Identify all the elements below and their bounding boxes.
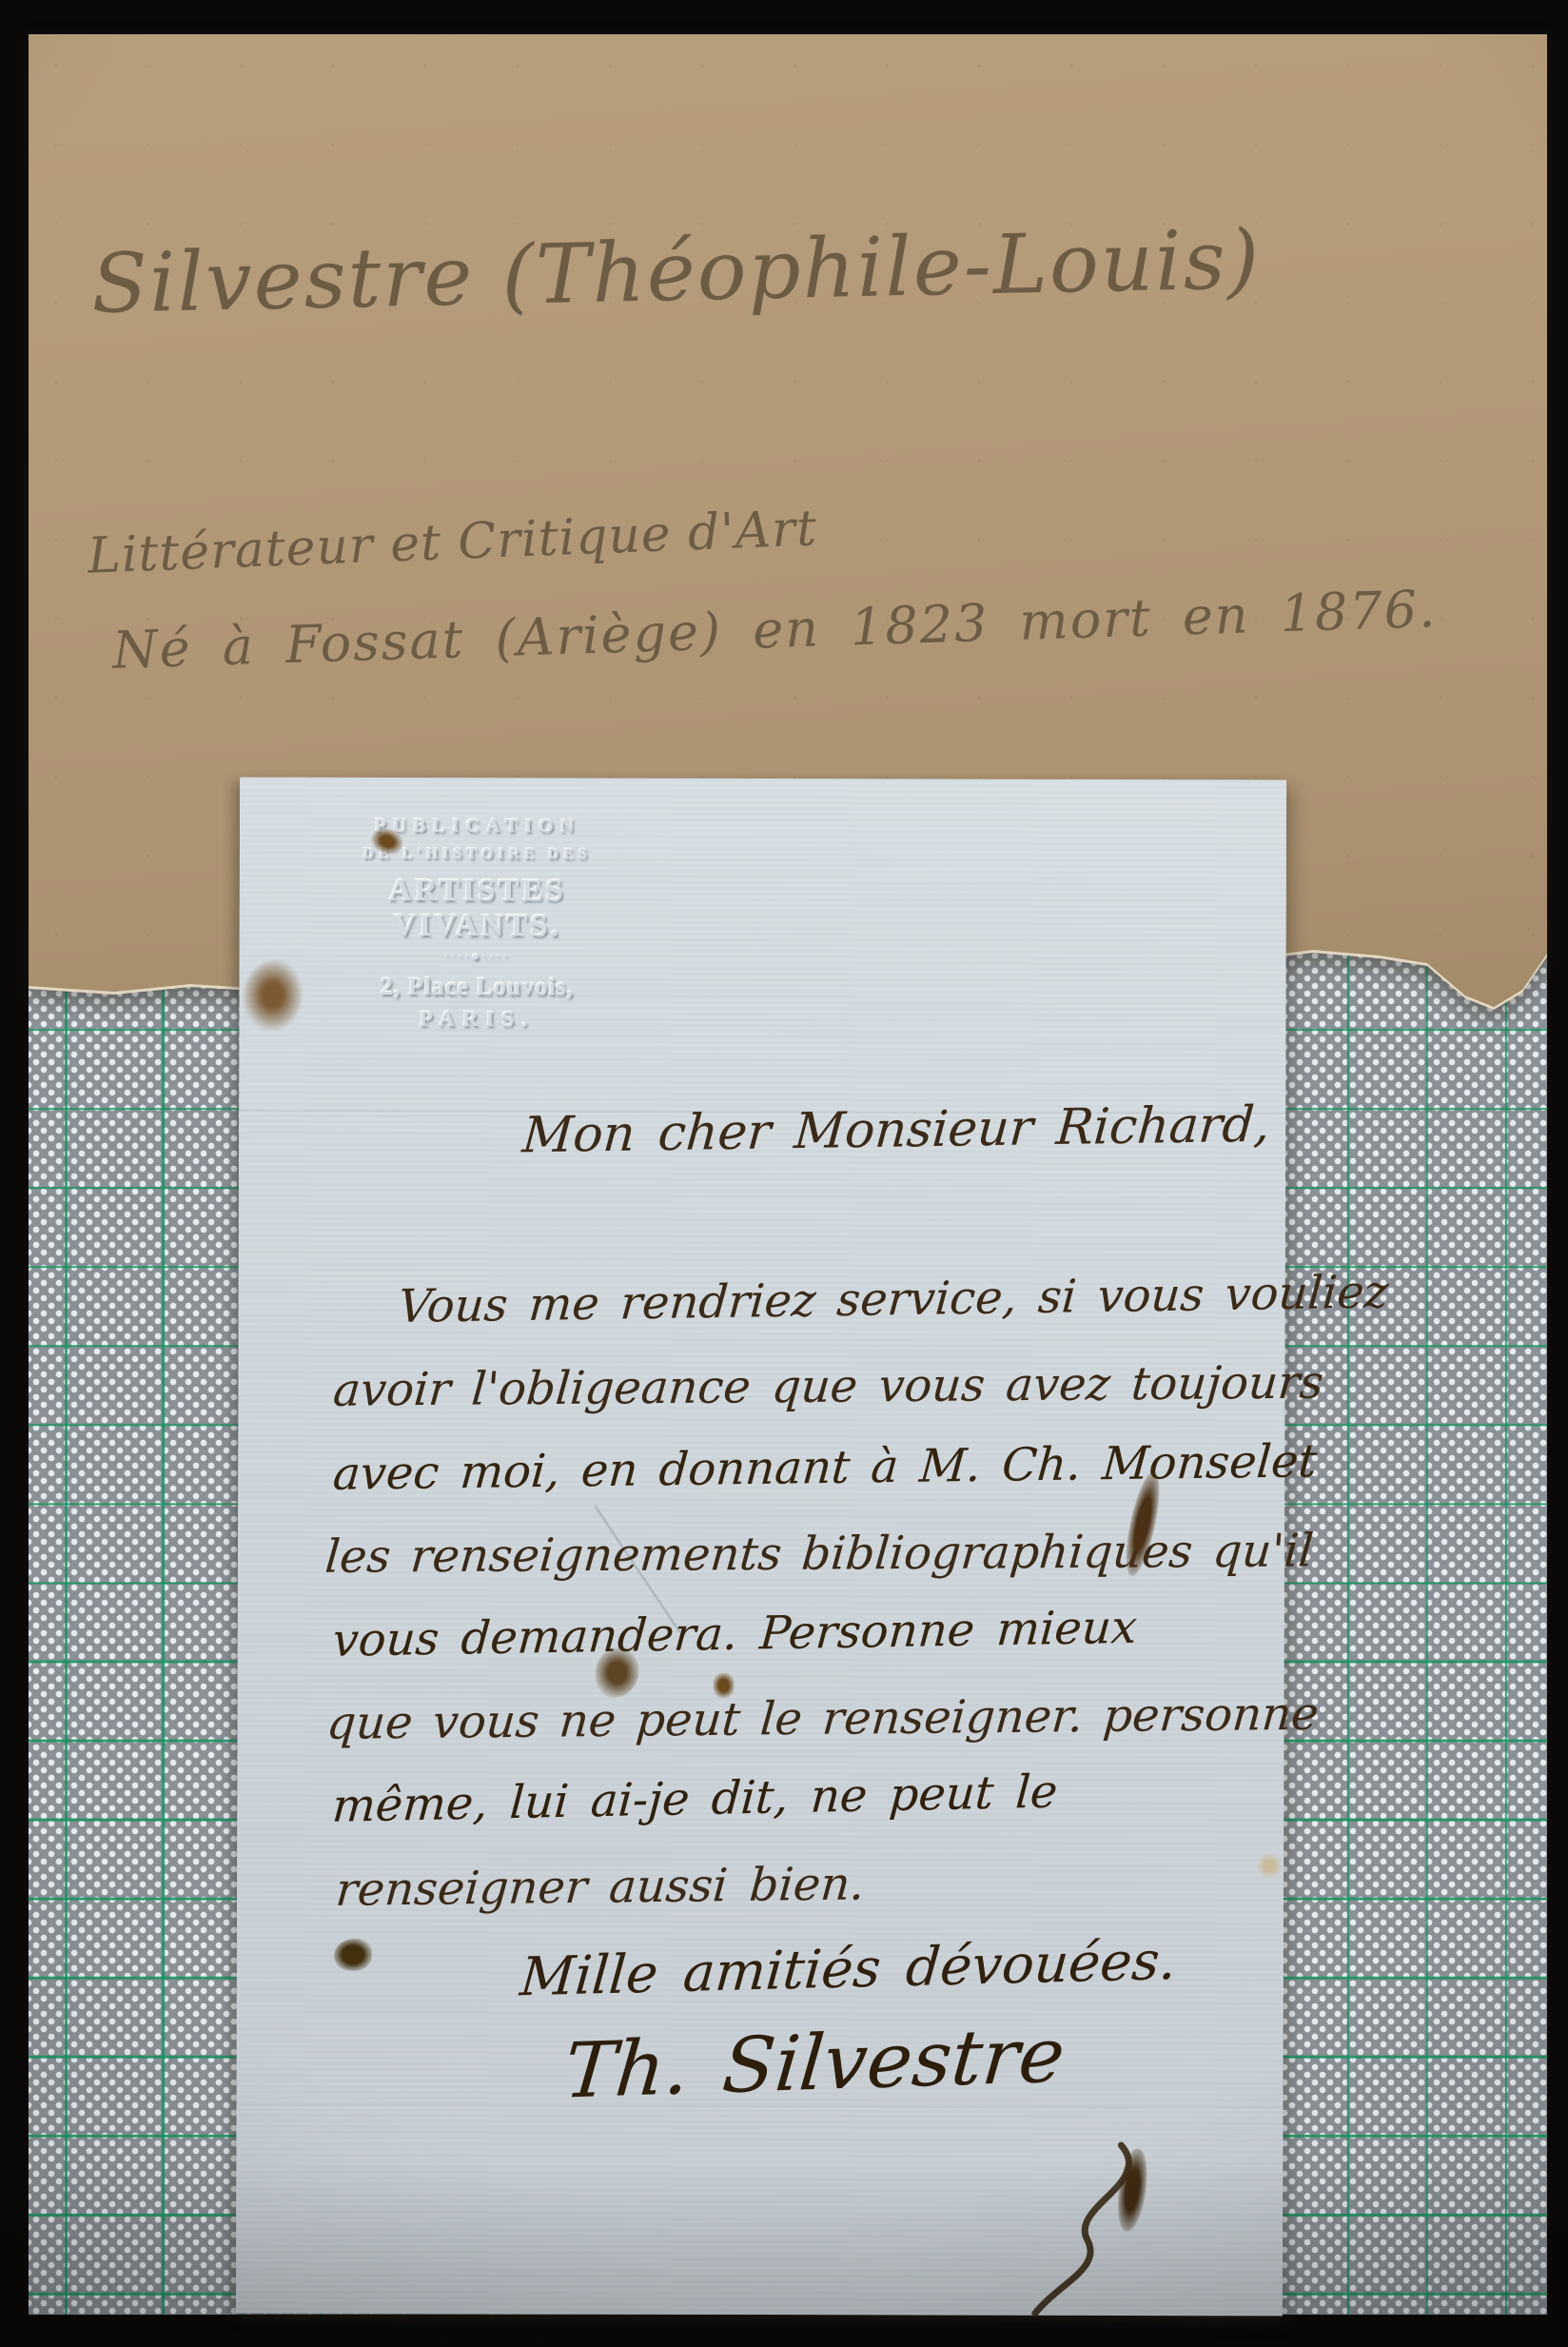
letterhead-ornament: ····●····	[321, 949, 635, 965]
paper-edge-stain	[243, 960, 302, 1031]
letterhead-line-histoire: DE L'HISTOIRE DES	[321, 846, 635, 864]
letter-sheet: PUBLICATION DE L'HISTOIRE DES ARTISTES V…	[236, 778, 1286, 2317]
letter-body-line: vous demandera. Personne mieux	[331, 1601, 1139, 1667]
letterhead-line-artistes-vivants: ARTISTES VIVANTS.	[321, 874, 635, 945]
letter-body-line: renseigner aussi bien.	[334, 1858, 867, 1917]
letterhead-city: PARIS.	[320, 1007, 634, 1033]
letter-body-line: Vous me rendriez service, si vous voulie…	[397, 1266, 1391, 1333]
letter-body-line: que vous ne peut le renseigner. personne	[324, 1687, 1320, 1750]
letter-body-line: avoir l'obligeance que vous avez toujour…	[331, 1356, 1325, 1417]
signature-flourish	[978, 2140, 1187, 2322]
letter-body-line: les renseignements bibliographiques qu'i…	[323, 1524, 1316, 1583]
letter-salutation: Mon cher Monsieur Richard,	[520, 1096, 1272, 1165]
photograph-of-documents: Silvestre (Théophile-Louis) Littérateur …	[0, 0, 1568, 2347]
letter-body-line: avec moi, en donnant à M. Ch. Monselet	[331, 1434, 1319, 1500]
letterhead-address: 2, Place Louvois,	[320, 973, 634, 1002]
faint-spot	[1257, 1853, 1282, 1878]
ink-blot	[334, 1939, 372, 1971]
letter-closing: Mille amitiés dévouées.	[518, 1930, 1179, 2008]
letter-body-line: même, lui ai-je dit, ne peut le	[330, 1765, 1059, 1833]
letterhead-line-publication: PUBLICATION	[321, 816, 635, 838]
letter-signature: Th. Silvestre	[560, 2011, 1068, 2116]
embossed-letterhead: PUBLICATION DE L'HISTOIRE DES ARTISTES V…	[320, 816, 635, 1033]
